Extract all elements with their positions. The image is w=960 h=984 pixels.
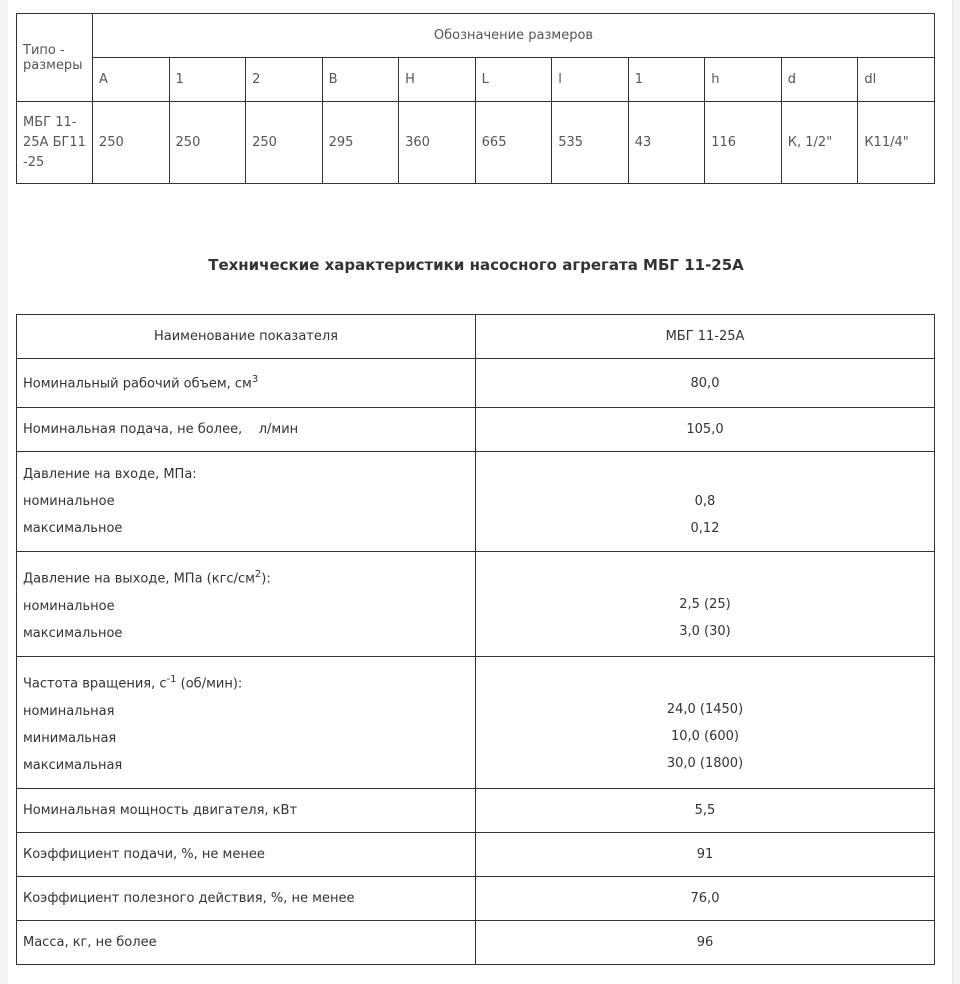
group-header: Обозначение размеров (434, 28, 593, 43)
column-header: dl (858, 58, 935, 102)
table-row: МБГ 11-25А БГ11 -25 250 250 250 295 360 … (17, 102, 935, 184)
param-value: 91 (476, 833, 935, 877)
value-line: 10,0 (600) (482, 723, 928, 750)
section-title: Технические характеристики насосного агр… (0, 256, 952, 274)
column-header: 1 (628, 58, 705, 102)
param-name: Номинальная подача, не более, л/мин (17, 408, 476, 452)
param-name: Коэффициент полезного действия, %, не ме… (17, 877, 476, 921)
param-value: 80,0 (476, 359, 935, 408)
param-value: 5,5 (476, 789, 935, 833)
param-text: Номинальный рабочий объем, см (23, 377, 252, 392)
param-sub: максимальное (23, 515, 469, 542)
column-header: H (399, 58, 476, 102)
page-left-margin (0, 0, 8, 984)
type-cell: МБГ 11-25А БГ11 -25 (17, 102, 93, 184)
param-name: Коэффициент подачи, %, не менее (17, 833, 476, 877)
param-sub: номинальное (23, 488, 469, 515)
value-cell: 250 (93, 102, 170, 184)
scrollbar-track[interactable] (952, 0, 960, 984)
value-line: 3,0 (30) (482, 618, 928, 645)
param-value: 105,0 (476, 408, 935, 452)
dimensions-table: Типо - размеры Обозначение размеров A 1 … (16, 13, 935, 184)
value-cell: К11/4" (858, 102, 935, 184)
column-header: l (552, 58, 629, 102)
specs-header-row: Наименование показателя МБГ 11-25А (17, 315, 935, 359)
name-header: Наименование показателя (17, 315, 476, 359)
column-header: 1 (169, 58, 246, 102)
column-header: d (781, 58, 858, 102)
value-cell: 295 (322, 102, 399, 184)
value-cell: К, 1/2" (781, 102, 858, 184)
param-name: Давление на входе, МПа: номинальное макс… (17, 452, 476, 552)
value-line: 0,8 (482, 488, 928, 515)
value-cell: 250 (169, 102, 246, 184)
value-line: 24,0 (1450) (482, 696, 928, 723)
superscript: -1 (167, 674, 177, 685)
param-name: Частота вращения, с-1 (об/мин): номиналь… (17, 657, 476, 789)
value-cell: 250 (246, 102, 323, 184)
table-row: Коэффициент подачи, %, не менее 91 (17, 833, 935, 877)
type-header-cell: Типо - размеры (17, 14, 93, 102)
value-line: 2,5 (25) (482, 591, 928, 618)
superscript: 3 (252, 374, 258, 385)
table-row: Давление на выходе, МПа (кгс/см2): номин… (17, 552, 935, 657)
value-cell: 535 (552, 102, 629, 184)
table-row: Масса, кг, не более 96 (17, 921, 935, 965)
dimensions-columns-row: A 1 2 B H L l 1 h d dl (17, 58, 935, 102)
value-line: 0,12 (482, 515, 928, 542)
table-row: Номинальный рабочий объем, см3 80,0 (17, 359, 935, 408)
param-value: 76,0 (476, 877, 935, 921)
table-row: Частота вращения, с-1 (об/мин): номиналь… (17, 657, 935, 789)
param-text: Давление на выходе, МПа (кгс/см2): (23, 561, 469, 592)
param-text: Частота вращения, с-1 (об/мин): (23, 666, 469, 697)
column-header: B (322, 58, 399, 102)
specs-table: Наименование показателя МБГ 11-25А Номин… (16, 314, 935, 965)
param-sub: номинальная (23, 698, 469, 725)
param-name: Масса, кг, не более (17, 921, 476, 965)
value-cell: 43 (628, 102, 705, 184)
value-cell: 665 (475, 102, 552, 184)
param-sub: максимальная (23, 752, 469, 779)
param-name: Давление на выходе, МПа (кгс/см2): номин… (17, 552, 476, 657)
value-cell: 360 (399, 102, 476, 184)
value-line: 30,0 (1800) (482, 750, 928, 777)
param-value: 96 (476, 921, 935, 965)
table-row: Номинальная мощность двигателя, кВт 5,5 (17, 789, 935, 833)
table-row: Номинальная подача, не более, л/мин 105,… (17, 408, 935, 452)
value-header: МБГ 11-25А (476, 315, 935, 359)
param-name: Номинальный рабочий объем, см3 (17, 359, 476, 408)
column-header: L (475, 58, 552, 102)
param-value: 24,0 (1450) 10,0 (600) 30,0 (1800) (476, 657, 935, 789)
table-row: Давление на входе, МПа: номинальное макс… (17, 452, 935, 552)
group-header-cell: Обозначение размеров (93, 14, 935, 58)
param-sub: максимальное (23, 620, 469, 647)
column-header: 2 (246, 58, 323, 102)
dimensions-header-row: Типо - размеры Обозначение размеров (17, 14, 935, 58)
column-header: h (705, 58, 782, 102)
param-value: 0,8 0,12 (476, 452, 935, 552)
param-sub: номинальное (23, 593, 469, 620)
param-value: 2,5 (25) 3,0 (30) (476, 552, 935, 657)
param-name: Номинальная мощность двигателя, кВт (17, 789, 476, 833)
param-text: Давление на входе, МПа: (23, 461, 469, 488)
table-row: Коэффициент полезного действия, %, не ме… (17, 877, 935, 921)
param-sub: минимальная (23, 725, 469, 752)
column-header: A (93, 58, 170, 102)
value-cell: 116 (705, 102, 782, 184)
type-header: Типо - размеры (23, 43, 82, 73)
